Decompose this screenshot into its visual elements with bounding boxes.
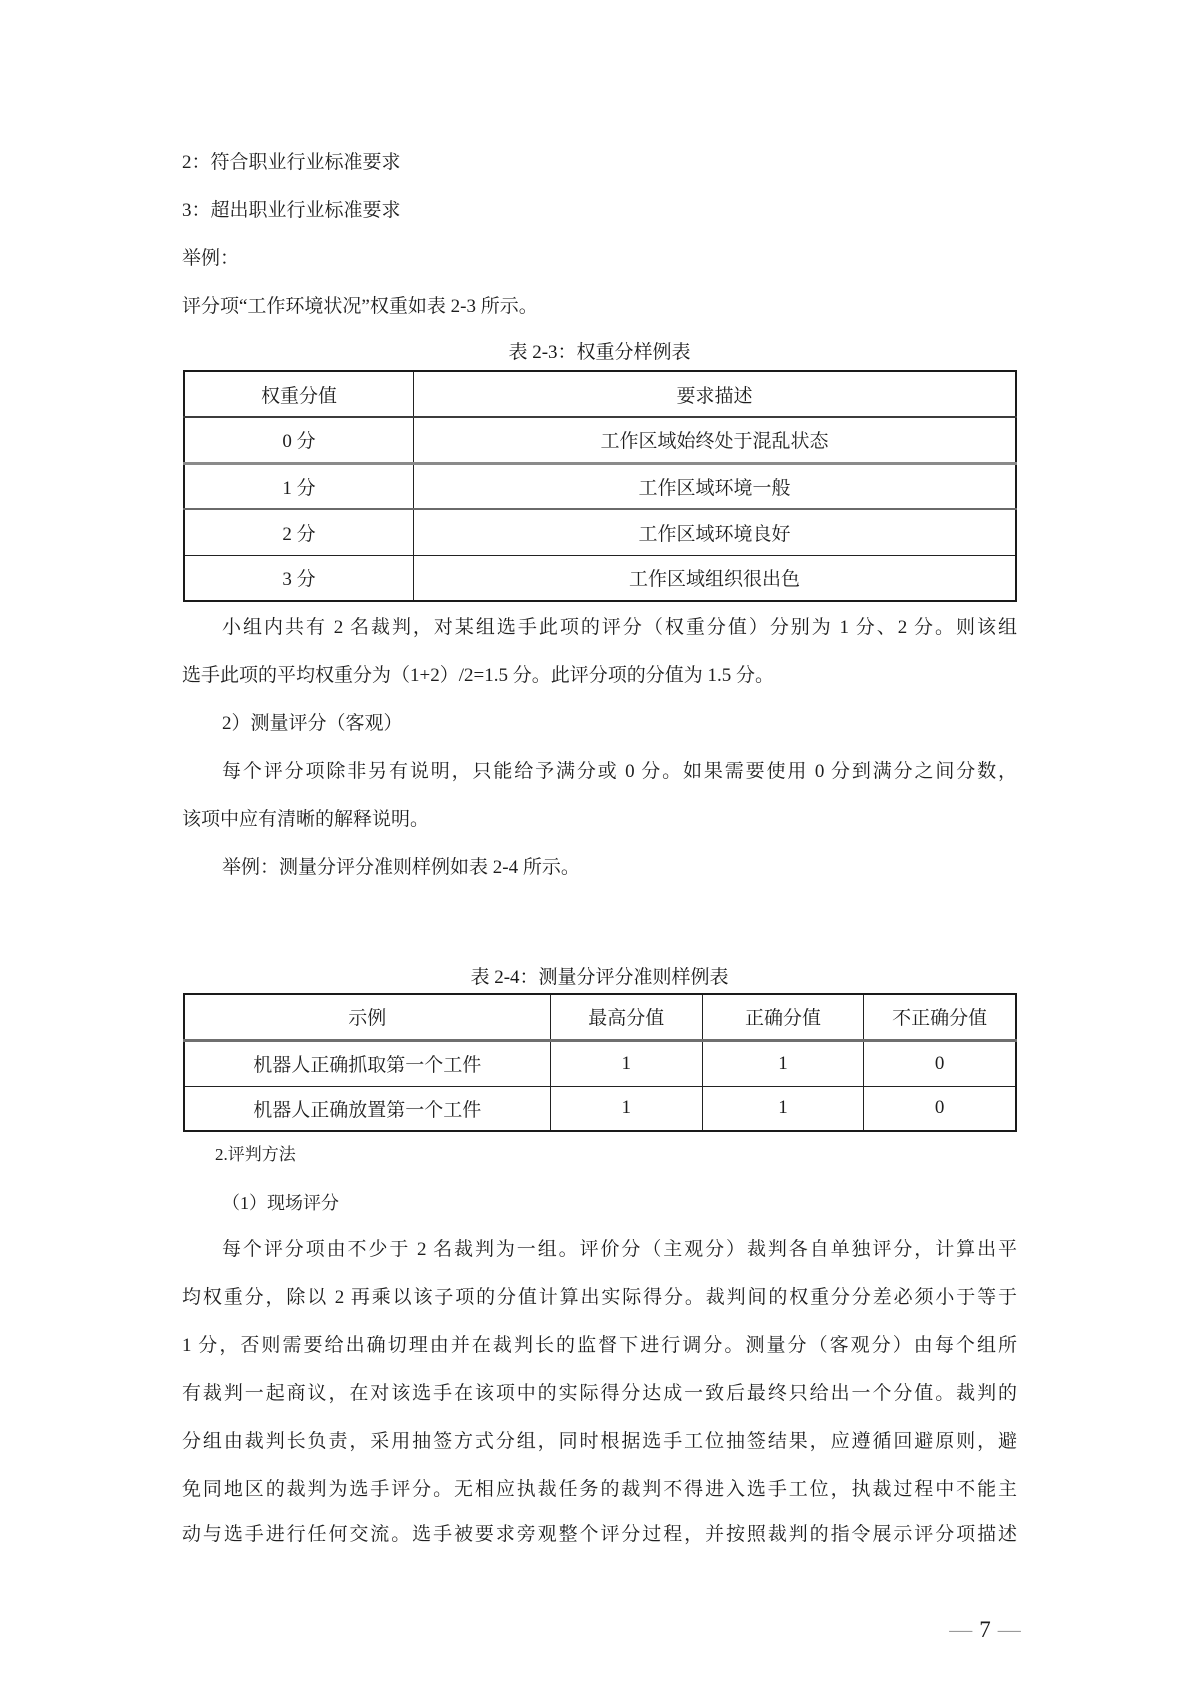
- table-2-4-caption: 表 2-4：测量分评分准则样例表: [182, 963, 1017, 993]
- footer-dash: —: [991, 1617, 1028, 1642]
- table-2-4: 示例 最高分值 正确分值 不正确分值 机器人正确抓取第一个工件 1 1 0 机器…: [183, 993, 1017, 1132]
- body-line: 免同地区的裁判为选手评分。无相应执裁任务的裁判不得进入选手工位，执裁过程中不能主: [182, 1466, 1017, 1514]
- body-line: 2：符合职业行业标准要求: [182, 139, 1017, 187]
- section-heading: 2.评判方法: [215, 1143, 296, 1167]
- body-line: 评分项“工作环境状况”权重如表 2-3 所示。: [182, 283, 1017, 331]
- sub-heading: 2）测量评分（客观）: [182, 700, 1017, 748]
- table-cell: 机器人正确放置第一个工件: [184, 1086, 550, 1131]
- body-line: 每个评分项由不少于 2 名裁判为一组。评价分（主观分）裁判各自单独评分，计算出平: [182, 1226, 1017, 1274]
- table-cell: 0 分: [184, 417, 414, 463]
- body-line: 1 分，否则需要给出确切理由并在裁判长的监督下进行调分。测量分（客观分）由每个组…: [182, 1322, 1017, 1370]
- table-cell: 1: [702, 1086, 863, 1131]
- body-line: 选手此项的平均权重分为（1+2）/2=1.5 分。此评分项的分值为 1.5 分。: [182, 652, 1017, 700]
- table-cell: 1: [702, 1040, 863, 1086]
- page-number: —7—: [890, 1612, 1080, 1648]
- sub-heading: （1）现场评分: [222, 1190, 339, 1216]
- table-cell: 1: [550, 1086, 702, 1131]
- footer-page-number: 7: [979, 1617, 991, 1642]
- column-header: 示例: [184, 994, 550, 1040]
- table-cell: 3 分: [184, 555, 414, 601]
- table-cell: 工作区域环境一般: [414, 463, 1016, 509]
- column-header: 权重分值: [184, 371, 414, 417]
- table-cell: 工作区域组织很出色: [414, 555, 1016, 601]
- body-line: 均权重分，除以 2 再乘以该子项的分值计算出实际得分。裁判间的权重分分差必须小于…: [182, 1274, 1017, 1322]
- body-line: 每个评分项除非另有说明，只能给予满分或 0 分。如果需要使用 0 分到满分之间分…: [182, 748, 1017, 796]
- table-cell: 2 分: [184, 509, 414, 555]
- table-cell: 0: [864, 1040, 1016, 1086]
- table-2-3-caption: 表 2-3：权重分样例表: [182, 338, 1017, 368]
- footer-dash: —: [942, 1617, 979, 1642]
- table-cell: 工作区域始终处于混乱状态: [414, 417, 1016, 463]
- table-cell: 1 分: [184, 463, 414, 509]
- column-header: 要求描述: [414, 371, 1016, 417]
- body-line: 有裁判一起商议，在对该选手在该项中的实际得分达成一致后最终只给出一个分值。裁判的: [182, 1370, 1017, 1418]
- table-cell: 1: [550, 1040, 702, 1086]
- table-2-3: 权重分值 要求描述 0 分 工作区域始终处于混乱状态 1 分 工作区域环境一般 …: [183, 370, 1017, 602]
- table-cell: 机器人正确抓取第一个工件: [184, 1040, 550, 1086]
- column-header: 正确分值: [702, 994, 863, 1040]
- column-header: 最高分值: [550, 994, 702, 1040]
- body-line: 该项中应有清晰的解释说明。: [182, 796, 1017, 844]
- body-line: 分组由裁判长负责，采用抽签方式分组，同时根据选手工位抽签结果，应遵循回避原则，避: [182, 1418, 1017, 1466]
- body-line: 小组内共有 2 名裁判，对某组选手此项的评分（权重分值）分别为 1 分、2 分。…: [182, 604, 1017, 652]
- table-cell: 0: [864, 1086, 1016, 1131]
- column-header: 不正确分值: [864, 994, 1016, 1040]
- body-line: 动与选手进行任何交流。选手被要求旁观整个评分过程，并按照裁判的指令展示评分项描述: [182, 1511, 1017, 1559]
- body-line: 举例：测量分评分准则样例如表 2-4 所示。: [182, 844, 1017, 892]
- document-page: 2：符合职业行业标准要求 3：超出职业行业标准要求 举例： 评分项“工作环境状况…: [0, 0, 1199, 1696]
- body-line: 举例：: [182, 235, 1017, 283]
- table-cell: 工作区域环境良好: [414, 509, 1016, 555]
- body-line: 3：超出职业行业标准要求: [182, 187, 1017, 235]
